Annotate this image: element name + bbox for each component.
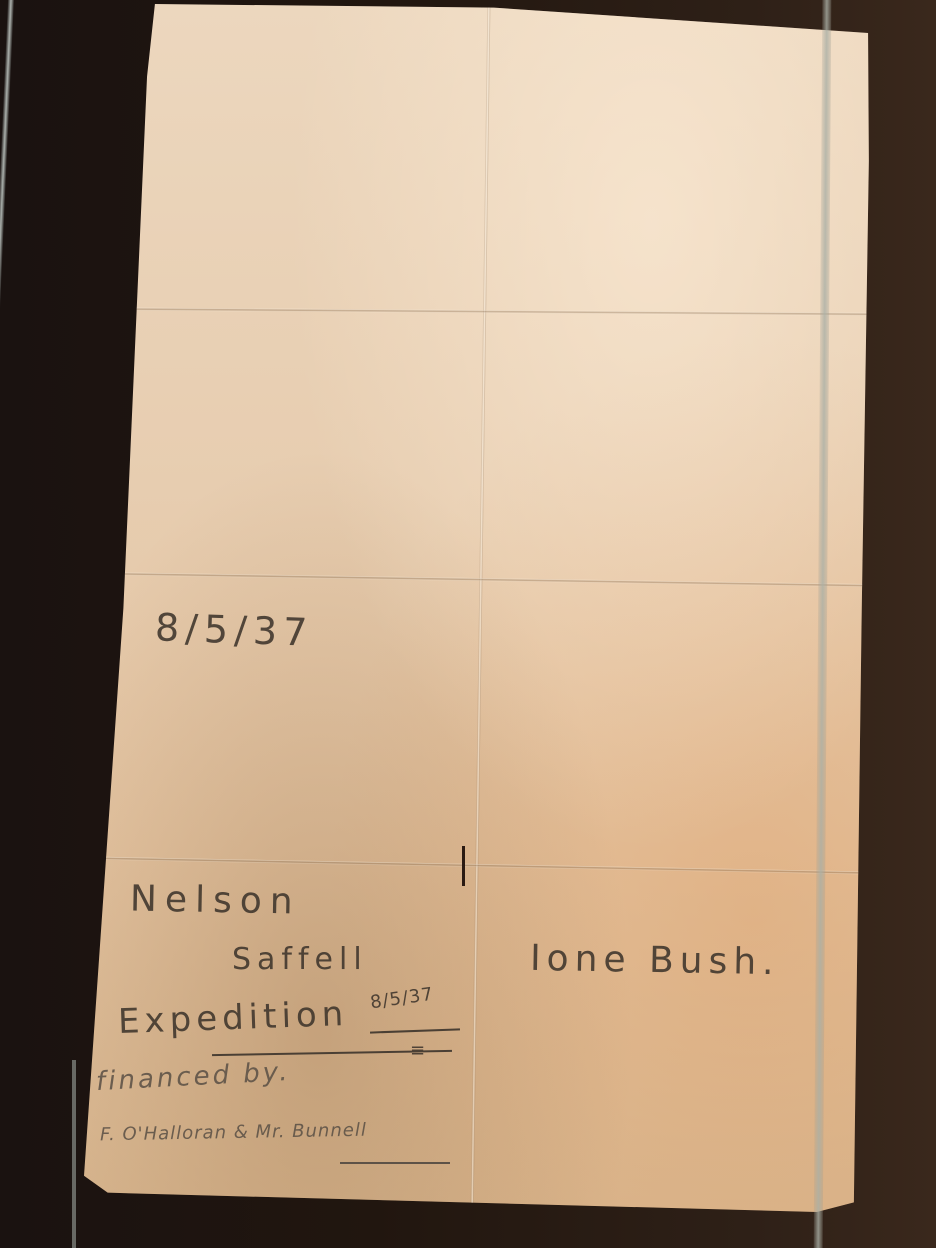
paper-tear xyxy=(462,846,465,886)
horizontal-fold-line xyxy=(84,307,872,316)
handwritten-date-top: 8/5/37 xyxy=(154,605,314,654)
display-glass-edge-left-lower xyxy=(72,1060,76,1248)
name-underline xyxy=(340,1162,450,1164)
vertical-fold-line xyxy=(471,4,491,1212)
handwritten-name-ione-bush: Ione Bush. xyxy=(530,938,780,983)
horizontal-fold-line xyxy=(84,572,872,587)
handwritten-title-saffell: Saffell xyxy=(232,942,368,977)
handwritten-title-expedition: Expedition xyxy=(117,994,349,1042)
handwritten-title-nelson: Nelson xyxy=(130,879,301,923)
display-glass-edge-left xyxy=(0,0,14,700)
